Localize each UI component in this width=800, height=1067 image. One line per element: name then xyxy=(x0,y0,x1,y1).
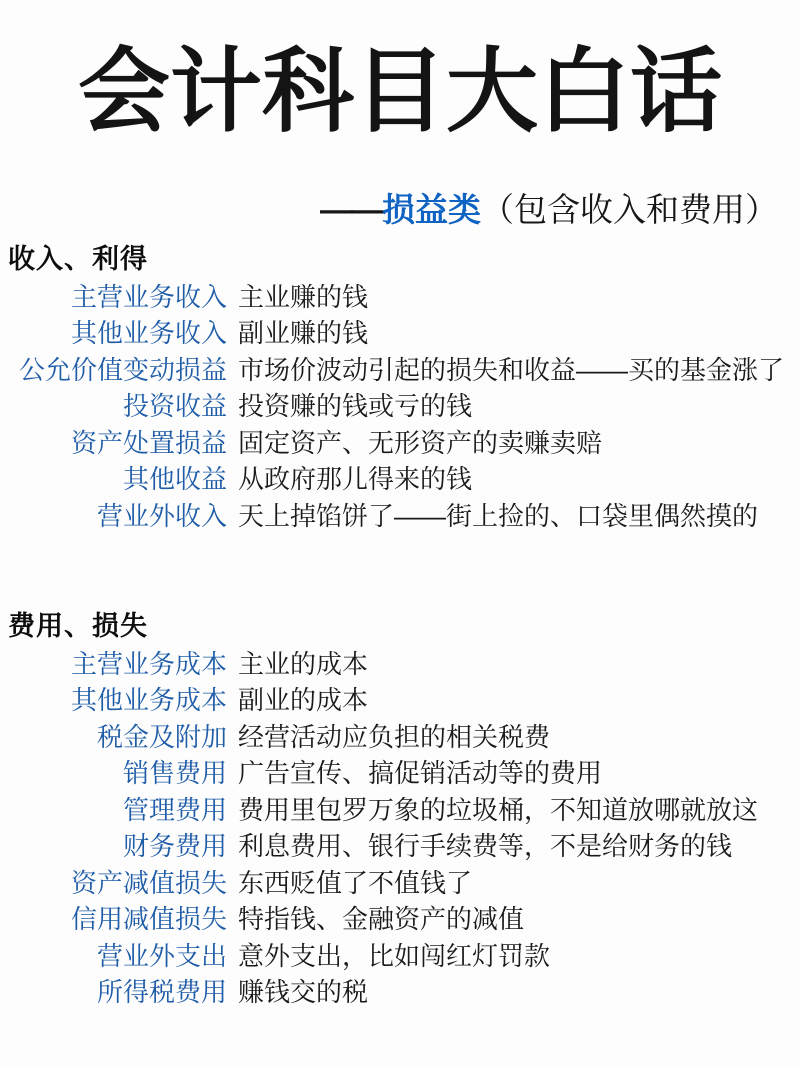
account-description: 广告宣传、搞促销活动等的费用 xyxy=(238,753,602,790)
account-term: 其他业务收入 xyxy=(0,313,227,350)
infographic-page: 会计科目大白话 ——损益类（包含收入和费用） 收入、利得 主营业务收入 主业赚的… xyxy=(0,0,800,1067)
account-description: 费用里包罗万象的垃圾桶，不知道放哪就放这 xyxy=(238,790,758,827)
ledger-row: 所得税费用 赚钱交的税 xyxy=(0,973,800,1010)
account-description: 市场价波动引起的损失和收益——买的基金涨了 xyxy=(238,350,784,387)
account-description: 固定资产、无形资产的卖赚卖赔 xyxy=(238,423,602,460)
section-income: 收入、利得 主营业务收入 主业赚的钱 其他业务收入 副业赚的钱 公允价值变动损益… xyxy=(0,241,800,533)
account-description: 副业的成本 xyxy=(238,680,368,717)
ledger-row: 其他业务收入 副业赚的钱 xyxy=(0,314,800,351)
ledger-row: 税金及附加 经营活动应负担的相关税费 xyxy=(0,717,800,754)
account-term: 主营业务收入 xyxy=(0,277,227,314)
account-term: 投资收益 xyxy=(0,386,227,423)
account-description: 特指钱、金融资产的减值 xyxy=(238,899,524,936)
page-title: 会计科目大白话 xyxy=(0,36,800,148)
ledger-row: 其他业务成本 副业的成本 xyxy=(0,681,800,718)
account-description: 主业赚的钱 xyxy=(238,277,368,314)
account-term: 销售费用 xyxy=(0,753,227,790)
account-term: 信用减值损失 xyxy=(0,899,227,936)
account-description: 利息费用、银行手续费等，不是给财务的钱 xyxy=(238,826,732,863)
account-term: 财务费用 xyxy=(0,826,227,863)
ledger-row: 营业外收入 天上掉馅饼了——街上捡的、口袋里偶然摸的 xyxy=(0,496,800,533)
ledger-row: 资产处置损益 固定资产、无形资产的卖赚卖赔 xyxy=(0,423,800,460)
section-income-rows: 主营业务收入 主业赚的钱 其他业务收入 副业赚的钱 公允价值变动损益 市场价波动… xyxy=(0,277,800,533)
ledger-row: 营业外支出 意外支出，比如闯红灯罚款 xyxy=(0,936,800,973)
account-description: 经营活动应负担的相关税费 xyxy=(238,717,550,754)
account-term: 营业外支出 xyxy=(0,936,227,973)
ledger-row: 财务费用 利息费用、银行手续费等，不是给财务的钱 xyxy=(0,827,800,864)
account-term: 所得税费用 xyxy=(0,972,227,1009)
account-term: 主营业务成本 xyxy=(0,644,227,681)
account-term: 管理费用 xyxy=(0,790,227,827)
section-expense-heading: 费用、损失 xyxy=(8,608,800,644)
account-term: 营业外收入 xyxy=(0,496,227,533)
account-description: 东西贬值了不值钱了 xyxy=(238,863,472,900)
ledger-row: 公允价值变动损益 市场价波动引起的损失和收益——买的基金涨了 xyxy=(0,350,800,387)
ledger-row: 主营业务收入 主业赚的钱 xyxy=(0,277,800,314)
account-term: 资产处置损益 xyxy=(0,423,227,460)
section-expense: 费用、损失 主营业务成本 主业的成本 其他业务成本 副业的成本 税金及附加 经营… xyxy=(0,608,800,1009)
section-income-heading: 收入、利得 xyxy=(8,241,800,277)
subtitle: ——损益类（包含收入和费用） xyxy=(320,189,778,231)
ledger-row: 其他收益 从政府那儿得来的钱 xyxy=(0,460,800,497)
ledger-row: 销售费用 广告宣传、搞促销活动等的费用 xyxy=(0,754,800,791)
account-term: 税金及附加 xyxy=(0,717,227,754)
subtitle-accent: 损益类 xyxy=(382,191,481,228)
account-description: 赚钱交的税 xyxy=(238,972,368,1009)
account-description: 从政府那儿得来的钱 xyxy=(238,459,472,496)
ledger-row: 主营业务成本 主业的成本 xyxy=(0,644,800,681)
account-term: 其他业务成本 xyxy=(0,680,227,717)
account-term: 其他收益 xyxy=(0,459,227,496)
subtitle-note: （包含收入和费用） xyxy=(481,191,778,228)
ledger-row: 管理费用 费用里包罗万象的垃圾桶，不知道放哪就放这 xyxy=(0,790,800,827)
account-description: 投资赚的钱或亏的钱 xyxy=(238,386,472,423)
account-description: 副业赚的钱 xyxy=(238,313,368,350)
account-description: 主业的成本 xyxy=(238,644,368,681)
account-term: 公允价值变动损益 xyxy=(0,350,227,387)
account-description: 天上掉馅饼了——街上捡的、口袋里偶然摸的 xyxy=(238,496,758,533)
ledger-row: 资产减值损失 东西贬值了不值钱了 xyxy=(0,863,800,900)
ledger-row: 信用减值损失 特指钱、金融资产的减值 xyxy=(0,900,800,937)
account-term: 资产减值损失 xyxy=(0,863,227,900)
section-expense-rows: 主营业务成本 主业的成本 其他业务成本 副业的成本 税金及附加 经营活动应负担的… xyxy=(0,644,800,1009)
subtitle-dash: —— xyxy=(320,191,382,228)
account-description: 意外支出，比如闯红灯罚款 xyxy=(238,936,550,973)
ledger-row: 投资收益 投资赚的钱或亏的钱 xyxy=(0,387,800,424)
